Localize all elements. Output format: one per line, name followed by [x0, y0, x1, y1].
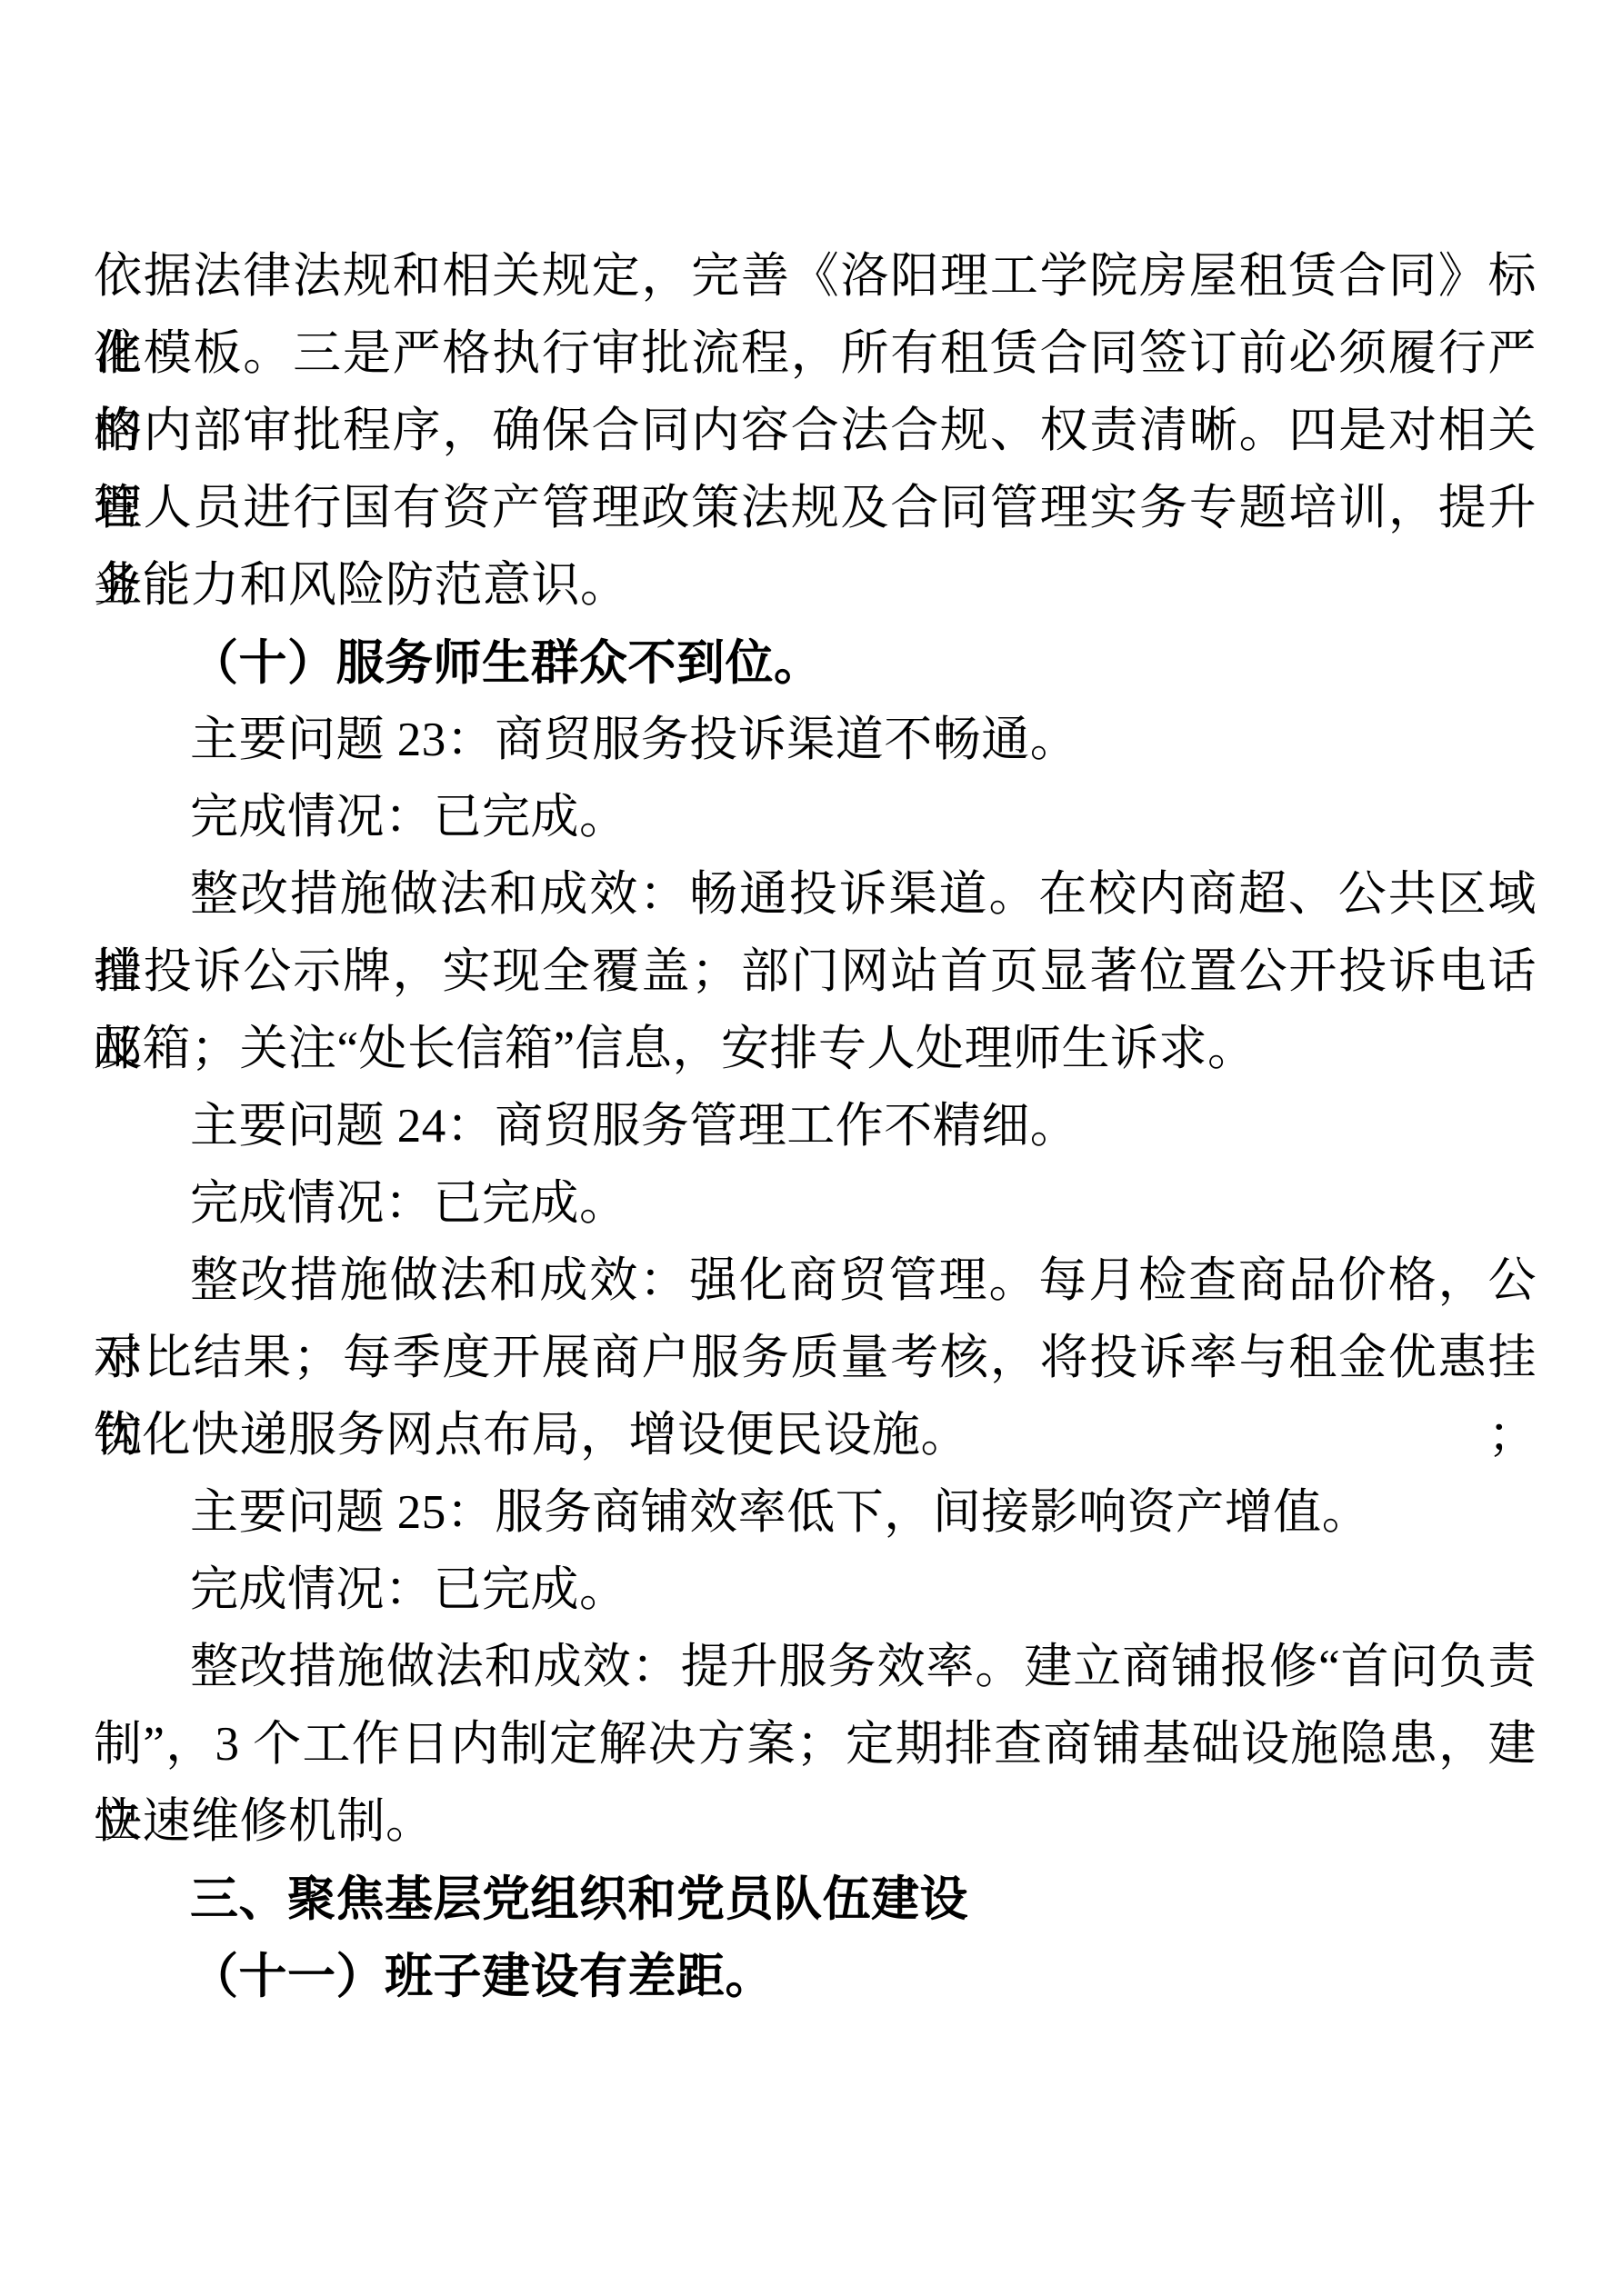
text-line-19: 整改措施做法和成效：提升服务效率。建立商铺报修“首问负责 [94, 1629, 1537, 1706]
text-line-5: 务能力和风险防范意识。 [94, 547, 1537, 624]
text-line-14: 整改措施做法和成效：强化商贸管理。每月检查商品价格，公示 [94, 1243, 1537, 1320]
text-line-12: 主要问题 24：商贸服务管理工作不精细。 [94, 1088, 1537, 1165]
text-line-22: 三、聚焦基层党组织和党员队伍建设 [94, 1861, 1537, 1938]
text-line-13: 完成情况：已完成。 [94, 1165, 1537, 1243]
text-line-20: 制”，3 个工作日内制定解决方案；定期排查商铺基础设施隐患，建立 [94, 1706, 1537, 1783]
text-line-18: 完成情况：已完成。 [94, 1552, 1537, 1629]
document-page: 依据法律法规和相关规定，完善《洛阳理工学院房屋租赁合同》标准化模板。三是严格执行… [0, 0, 1622, 2296]
text-line-17: 主要问题 25：服务商铺效率低下，间接影响资产增值。 [94, 1474, 1537, 1552]
document-body: 依据法律法规和相关规定，完善《洛阳理工学院房屋租赁合同》标准化模板。三是严格执行… [94, 238, 1537, 2015]
text-line-8: 完成情况：已完成。 [94, 779, 1537, 856]
text-line-23: （十一）班子建设有差距。 [94, 1938, 1537, 2015]
text-line-3: 的内部审批程序，确保合同内容合法合规、权责清晰。四是对相关管 [94, 393, 1537, 470]
text-line-9: 整改措施做法和成效：畅通投诉渠道。在校内商超、公共区域增 [94, 856, 1537, 933]
text-line-21: 快速维修机制。 [94, 1783, 1537, 1861]
text-line-6: （十）服务师生群众不到位。 [94, 624, 1537, 702]
text-line-2: 化模板。三是严格执行审批流程，所有租赁合同签订前必须履行严格 [94, 315, 1537, 393]
text-line-11: 邮箱；关注“处长信箱”信息，安排专人处理师生诉求。 [94, 1011, 1537, 1088]
text-line-4: 理人员进行国有资产管理政策法规及合同管理实务专题培训，提升业 [94, 470, 1537, 547]
text-line-15: 对比结果；每季度开展商户服务质量考核，将投诉率与租金优惠挂钩； [94, 1320, 1537, 1397]
text-line-7: 主要问题 23：商贸服务投诉渠道不畅通。 [94, 702, 1537, 779]
text-line-1: 依据法律法规和相关规定，完善《洛阳理工学院房屋租赁合同》标准 [94, 238, 1537, 315]
text-line-10: 挂投诉公示牌，实现全覆盖；部门网站首页显著位置公开投诉电话及 [94, 933, 1537, 1011]
